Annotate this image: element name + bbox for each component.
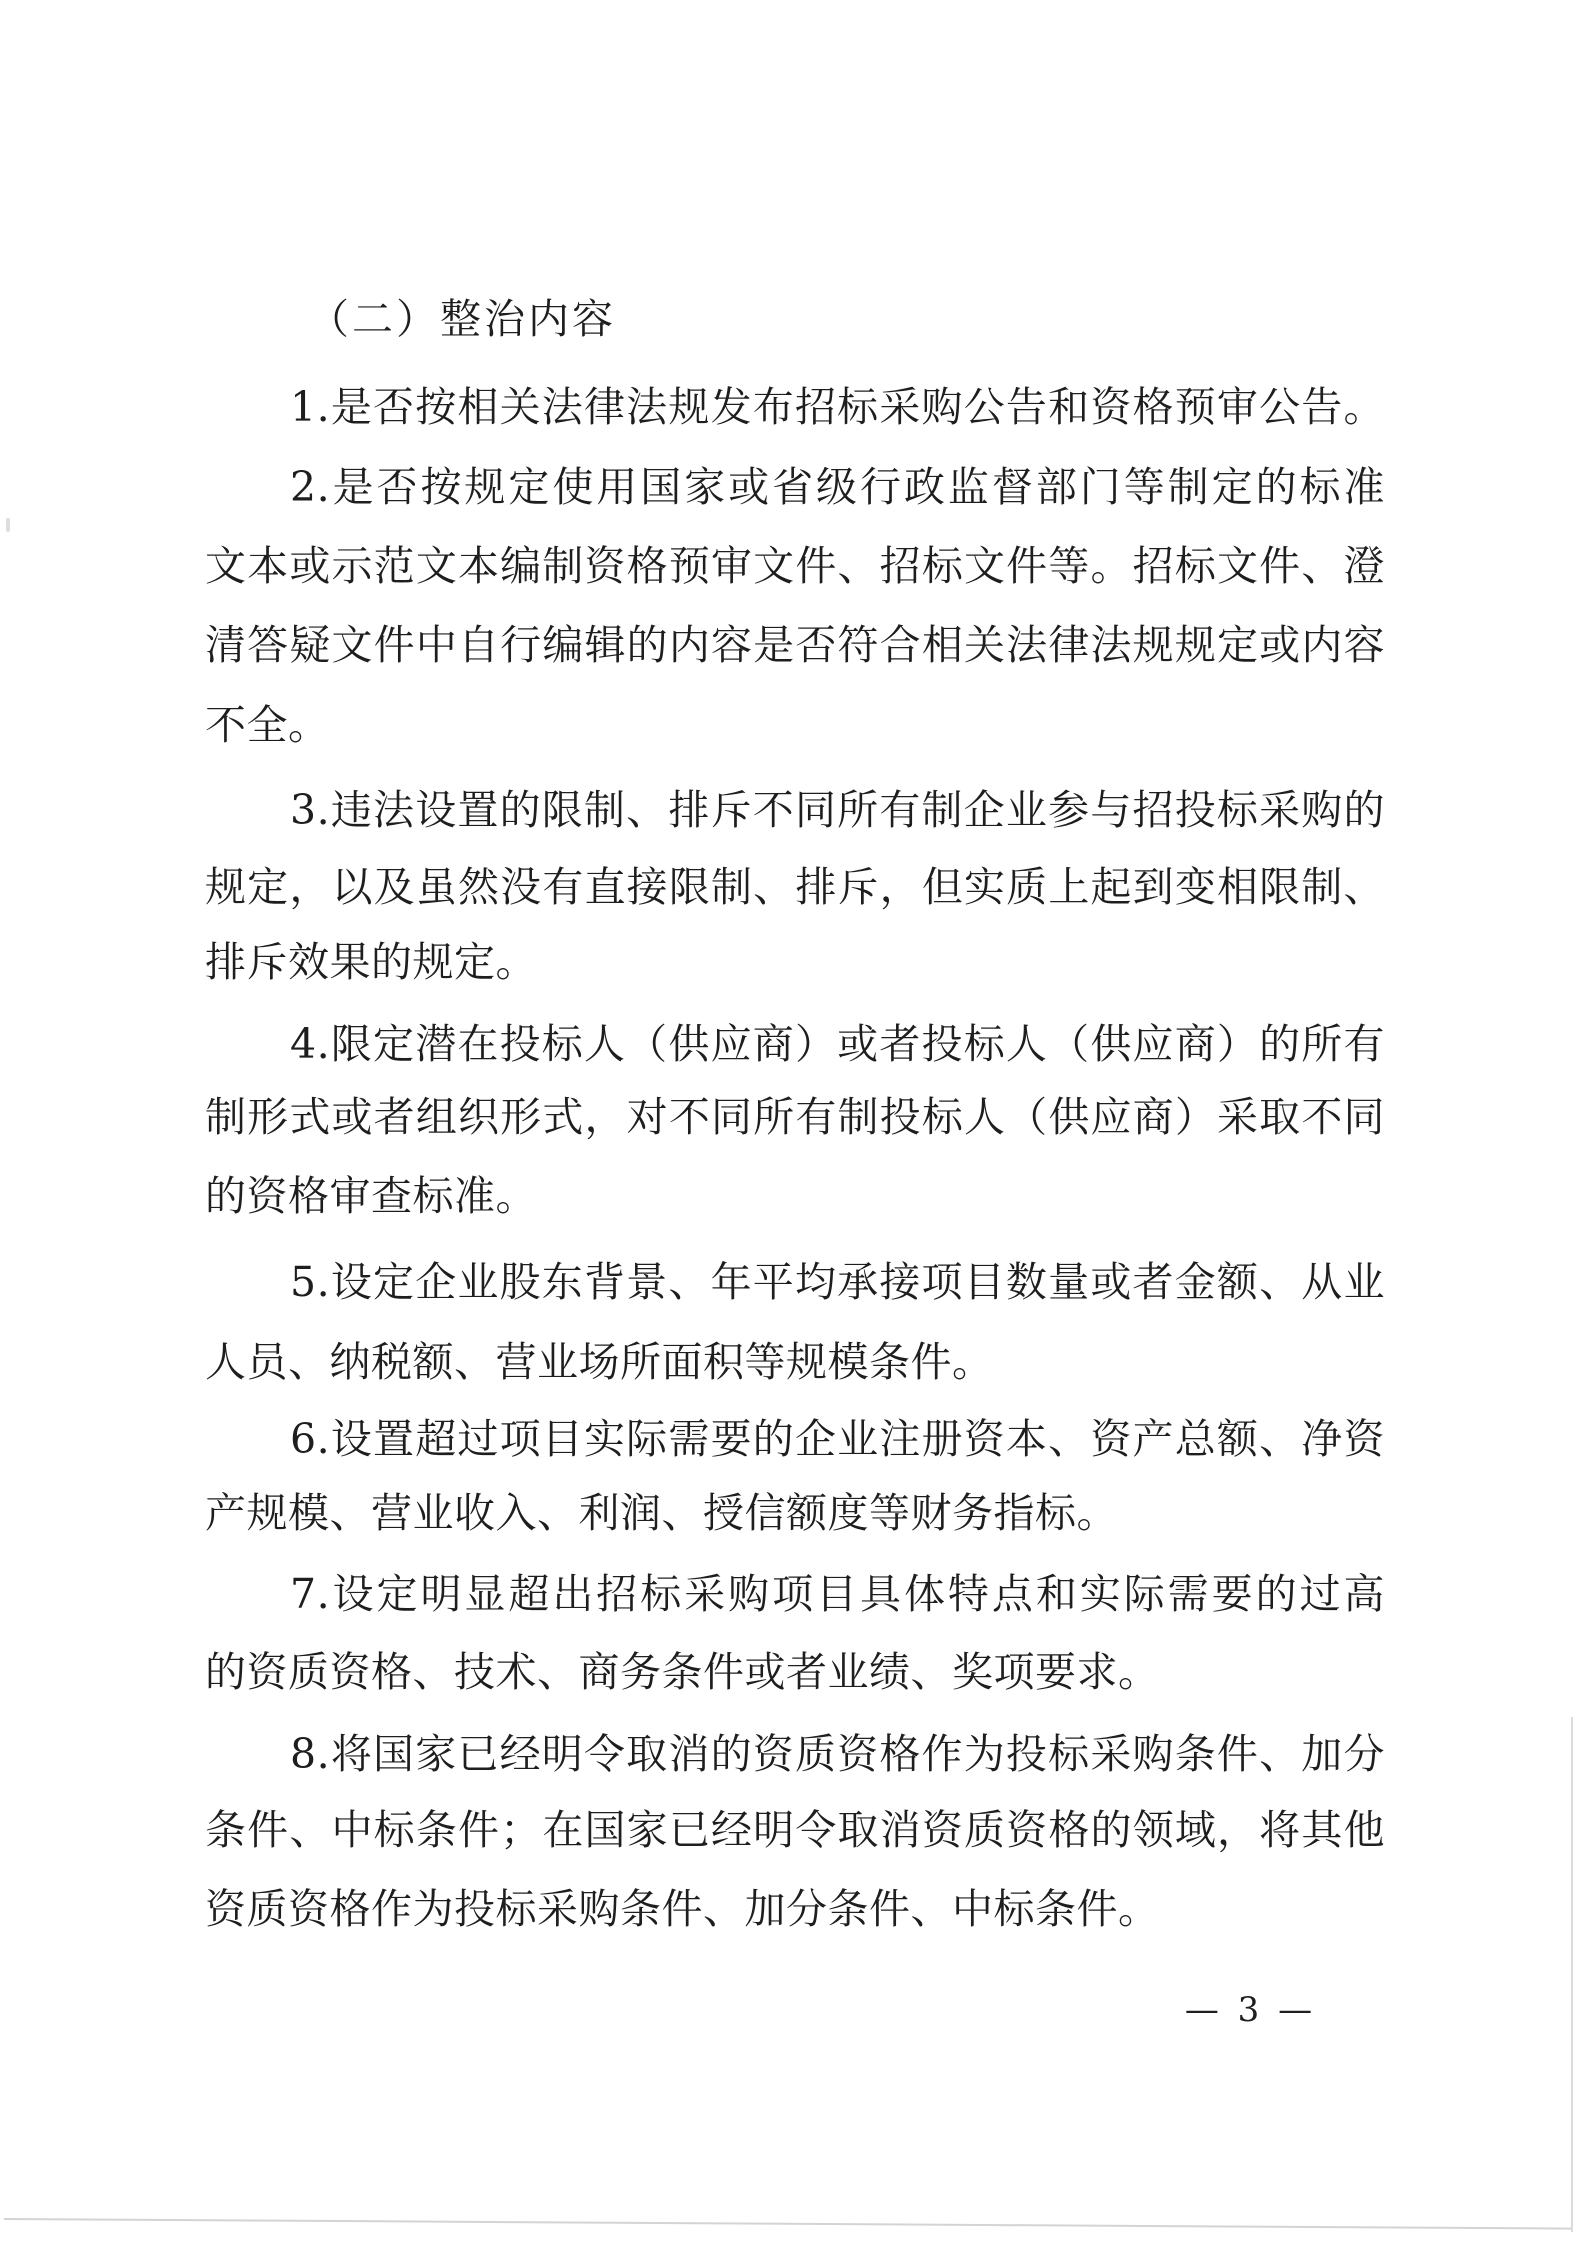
text-line: 1.是否按相关法律法规发布招标采购公告和资格预审公告。 xyxy=(290,382,1385,432)
text-line: 产规模、营业收入、利润、授信额度等财务指标。 xyxy=(205,1488,1385,1538)
page-edge-right xyxy=(1571,1717,1573,2232)
text-line: 7.设定明显超出招标采购项目具体特点和实际需要的过高 xyxy=(290,1569,1385,1619)
text-line: 规定，以及虽然没有直接限制、排斥，但实质上起到变相限制、 xyxy=(205,862,1385,912)
text-line: 文本或示范文本编制资格预审文件、招标文件等。招标文件、澄 xyxy=(205,541,1385,591)
text-line: 3.违法设置的限制、排斥不同所有制企业参与招投标采购的 xyxy=(290,785,1385,835)
text-line: 6.设置超过项目实际需要的企业注册资本、资产总额、净资 xyxy=(290,1414,1385,1464)
text-line: 8.将国家已经明令取消的资质资格作为投标采购条件、加分 xyxy=(290,1729,1385,1779)
text-line: 的资格审查标准。 xyxy=(205,1171,1385,1221)
text-line: 4.限定潜在投标人（供应商）或者投标人（供应商）的所有 xyxy=(290,1019,1385,1069)
text-line: 条件、中标条件；在国家已经明令取消资质资格的领域，将其他 xyxy=(205,1805,1385,1855)
text-line: 人员、纳税额、营业场所面积等规模条件。 xyxy=(205,1337,1385,1387)
scan-artifact xyxy=(6,518,10,532)
document-page: （二）整治内容 1.是否按相关法律法规发布招标采购公告和资格预审公告。 2.是否… xyxy=(0,0,1586,2242)
page-number: — 3 — xyxy=(1183,1990,1318,2030)
text-line: 5.设定企业股东背景、年平均承接项目数量或者金额、从业 xyxy=(290,1257,1385,1307)
text-line: 排斥效果的规定。 xyxy=(205,937,1385,987)
page-edge-bottom xyxy=(4,2218,1572,2230)
text-line: 不全。 xyxy=(205,700,1385,750)
text-line: 清答疑文件中自行编辑的内容是否符合相关法律法规规定或内容 xyxy=(205,620,1385,670)
text-line: 制形式或者组织形式，对不同所有制投标人（供应商）采取不同 xyxy=(205,1092,1385,1142)
text-line: 资质资格作为投标采购条件、加分条件、中标条件。 xyxy=(205,1884,1385,1934)
text-line: 2.是否按规定使用国家或省级行政监督部门等制定的标准 xyxy=(290,462,1385,512)
section-heading: （二）整治内容 xyxy=(308,294,616,344)
text-line: 的资质资格、技术、商务条件或者业绩、奖项要求。 xyxy=(205,1647,1385,1697)
